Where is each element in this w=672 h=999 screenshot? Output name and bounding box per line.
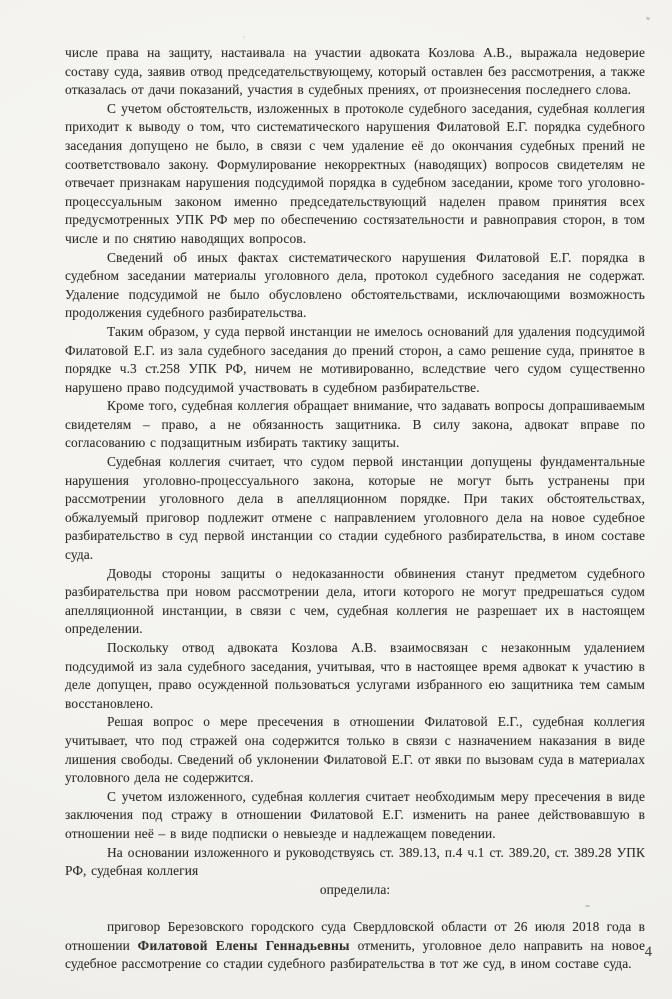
paragraph: Таким образом, у суда первой инстанции н… bbox=[65, 323, 645, 397]
paragraph: На основании изложенного и руководствуяс… bbox=[65, 844, 645, 881]
resolution-heading: определила: bbox=[65, 881, 645, 900]
paragraph: С учетом обстоятельств, изложенных в про… bbox=[65, 100, 645, 249]
paragraph: Доводы стороны защиты о недоказанности о… bbox=[65, 565, 645, 639]
document-text-block: числе права на защиту, настаивала на уча… bbox=[65, 44, 645, 974]
scan-speck bbox=[243, 36, 245, 38]
scan-speck bbox=[646, 16, 651, 21]
paragraph: Судебная коллегия считает, что судом пер… bbox=[65, 453, 645, 565]
defendant-name: Филатовой Елены Геннадьевны bbox=[138, 938, 350, 953]
scanned-document-page: числе права на защиту, настаивала на уча… bbox=[0, 0, 672, 999]
paragraph: Решая вопрос о мере пресечения в отношен… bbox=[65, 713, 645, 787]
paragraph: Кроме того, судебная коллегия обращает в… bbox=[65, 397, 645, 453]
paragraph: С учетом изложенного, судебная коллегия … bbox=[65, 788, 645, 844]
paragraph: Сведений об иных фактах систематического… bbox=[65, 249, 645, 323]
page-number: 4 bbox=[645, 944, 652, 961]
paragraph: Поскольку отвод адвоката Козлова А.В. вз… bbox=[65, 639, 645, 713]
paragraph-resolution: приговор Березовского городского суда Св… bbox=[65, 918, 645, 974]
paragraph-continuation: числе права на защиту, настаивала на уча… bbox=[65, 44, 645, 100]
